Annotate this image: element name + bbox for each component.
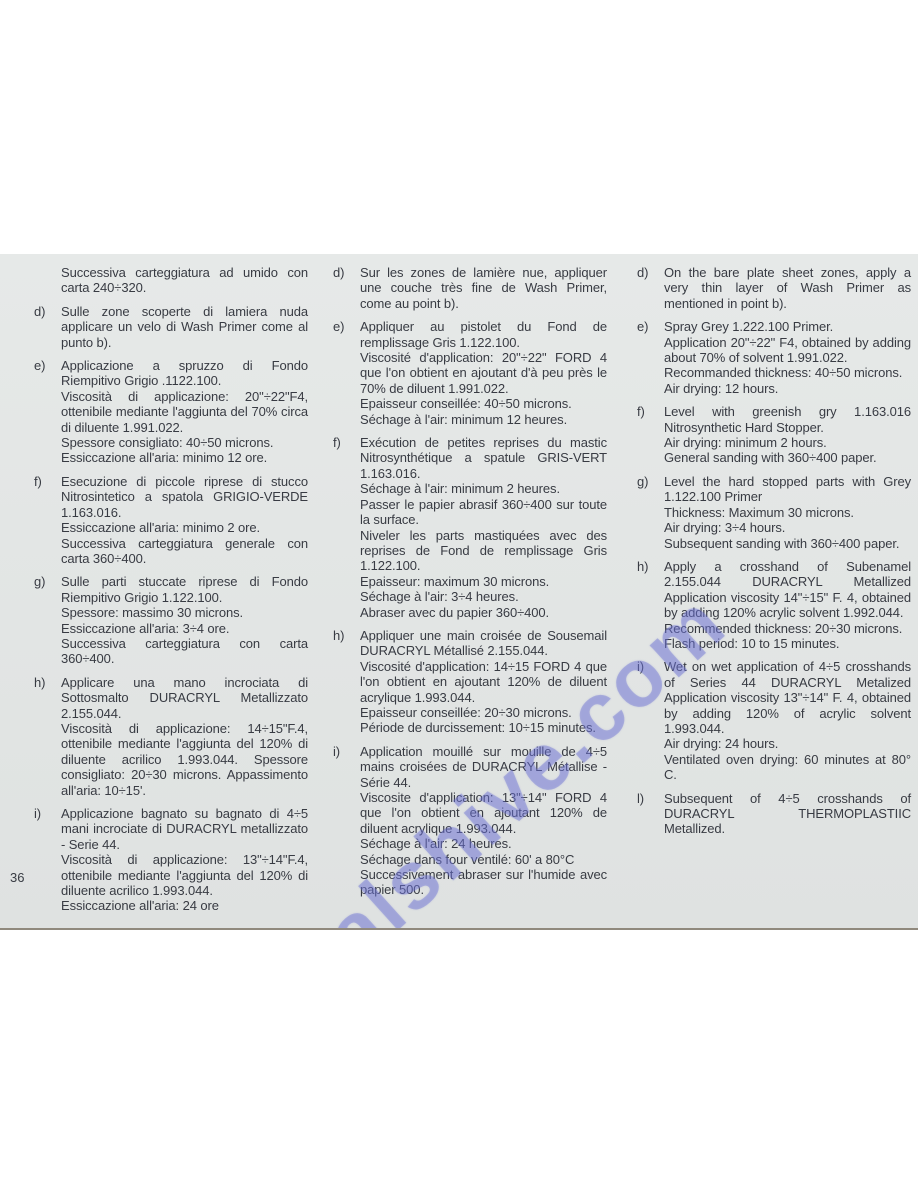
item-label: d)	[637, 265, 664, 311]
item-paragraph: Air drying: 3÷4 hours.	[664, 520, 911, 535]
item-label	[34, 265, 61, 296]
item-paragraph: Air drying: minimum 2 hours.	[664, 435, 911, 450]
item-paragraph: Air drying: 24 hours.	[664, 736, 911, 751]
item-paragraph: Epaisseur conseillée: 40÷50 microns.	[360, 396, 607, 411]
item-paragraph: Passer le papier abrasif 360÷400 sur tou…	[360, 497, 607, 528]
item-body: Applicare una mano incrociata di Sottosm…	[61, 675, 308, 798]
item-paragraph: Level with greenish gry 1.163.016 Nitros…	[664, 404, 911, 435]
item-paragraph: Exécution de petites reprises du mastic …	[360, 435, 607, 481]
item-paragraph: Séchage à l'air: 3÷4 heures.	[360, 589, 607, 604]
item-paragraph: Air drying: 12 hours.	[664, 381, 911, 396]
item-paragraph: Level the hard stopped parts with Grey 1…	[664, 474, 911, 505]
item-paragraph: Spessore: massimo 30 microns.	[61, 605, 308, 620]
item-paragraph: Essiccazione all'aria: 3÷4 ore.	[61, 621, 308, 636]
column-item: h)Appliquer une main croisée de Sousemai…	[333, 628, 607, 736]
item-paragraph: Spray Grey 1.222.100 Primer.	[664, 319, 911, 334]
item-body: Appliquer au pistolet du Fond de remplis…	[360, 319, 607, 427]
column-item: e)Spray Grey 1.222.100 Primer.Applicatio…	[637, 319, 911, 396]
item-paragraph: Spessore consigliato: 40÷50 microns.	[61, 435, 308, 450]
item-paragraph: Applicare una mano incrociata di Sottosm…	[61, 675, 308, 721]
item-paragraph: Viscosite d'application: 13"÷14" FORD 4 …	[360, 790, 607, 836]
item-label: f)	[333, 435, 360, 620]
item-paragraph: Epaisseur: maximum 30 microns.	[360, 574, 607, 589]
item-paragraph: Niveler les parts mastiquées avec des re…	[360, 528, 607, 574]
item-paragraph: Application mouillé sur mouille de 4÷5 m…	[360, 744, 607, 790]
item-paragraph: Essiccazione all'aria: 24 ore	[61, 898, 308, 913]
item-label: d)	[34, 304, 61, 350]
item-label: h)	[34, 675, 61, 798]
item-paragraph: Applicazione bagnato su bagnato di 4÷5 m…	[61, 806, 308, 852]
scanned-manual-screenshot: Successiva carteggiatura ad umido con ca…	[0, 0, 918, 1188]
item-paragraph: Sulle parti stuccate riprese di Fondo Ri…	[61, 574, 308, 605]
item-label: d)	[333, 265, 360, 311]
item-paragraph: Flash period: 10 to 15 minutes.	[664, 636, 911, 651]
item-body: Applicazione bagnato su bagnato di 4÷5 m…	[61, 806, 308, 914]
item-paragraph: Viscosité d'application: 20"÷22" FORD 4 …	[360, 350, 607, 396]
item-paragraph: Sur les zones de lamière nue, appliquer …	[360, 265, 607, 311]
item-paragraph: Successivement abraser sur l'humide avec…	[360, 867, 607, 898]
column-item: e)Applicazione a spruzzo di Fondo Riempi…	[34, 358, 308, 466]
item-body: Apply a crosshand of Subenamel 2.155.044…	[664, 559, 911, 651]
item-label: h)	[637, 559, 664, 651]
item-paragraph: Sulle zone scoperte di lamiera nuda appl…	[61, 304, 308, 350]
item-label: e)	[333, 319, 360, 427]
page-number: 36	[10, 870, 24, 885]
item-paragraph: Essiccazione all'aria: minimo 2 ore.	[61, 520, 308, 535]
column-item: Successiva carteggiatura ad umido con ca…	[34, 265, 308, 296]
manual-page: Successiva carteggiatura ad umido con ca…	[0, 254, 918, 930]
item-body: Sur les zones de lamière nue, appliquer …	[360, 265, 607, 311]
item-paragraph: Appliquer au pistolet du Fond de remplis…	[360, 319, 607, 350]
item-paragraph: Subsequent sanding with 360÷400 paper.	[664, 536, 911, 551]
item-paragraph: Applicazione a spruzzo di Fondo Riempiti…	[61, 358, 308, 389]
item-label: g)	[637, 474, 664, 551]
column-item: i)Application mouillé sur mouille de 4÷5…	[333, 744, 607, 898]
item-paragraph: Essiccazione all'aria: minimo 12 ore.	[61, 450, 308, 465]
item-paragraph: Viscosità di applicazione: 20"÷22"F4, ot…	[61, 389, 308, 435]
item-paragraph: Viscosità di applicazione: 13"÷14"F.4, o…	[61, 852, 308, 898]
item-label: i)	[637, 659, 664, 782]
item-paragraph: Application 20"÷22" F4, obtained by addi…	[664, 335, 911, 366]
item-paragraph: Apply a crosshand of Subenamel 2.155.044…	[664, 559, 911, 621]
item-paragraph: Successiva carteggiatura generale con ca…	[61, 536, 308, 567]
item-label: l)	[637, 791, 664, 837]
item-paragraph: On the bare plate sheet zones, apply a v…	[664, 265, 911, 311]
column-item: d)On the bare plate sheet zones, apply a…	[637, 265, 911, 311]
item-paragraph: Séchage dans four ventilé: 60' a 80°C	[360, 852, 607, 867]
column-french: d)Sur les zones de lamière nue, applique…	[333, 265, 607, 906]
item-label: e)	[637, 319, 664, 396]
item-body: Exécution de petites reprises du mastic …	[360, 435, 607, 620]
item-body: Successiva carteggiatura ad umido con ca…	[61, 265, 308, 296]
item-paragraph: Séchage à l'air: 24 heures.	[360, 836, 607, 851]
item-body: Appliquer une main croisée de Sousemail …	[360, 628, 607, 736]
item-paragraph: Viscosità di applicazione: 14÷15"F.4, ot…	[61, 721, 308, 798]
item-paragraph: Successiva carteggiatura ad umido con ca…	[61, 265, 308, 296]
column-item: d)Sur les zones de lamière nue, applique…	[333, 265, 607, 311]
item-paragraph: Séchage à l'air: minimum 12 heures.	[360, 412, 607, 427]
item-paragraph: Thickness: Maximum 30 microns.	[664, 505, 911, 520]
column-item: f)Exécution de petites reprises du masti…	[333, 435, 607, 620]
item-paragraph: General sanding with 360÷400 paper.	[664, 450, 911, 465]
item-label: f)	[637, 404, 664, 466]
item-paragraph: Séchage à l'air: minimum 2 heures.	[360, 481, 607, 496]
item-body: Application mouillé sur mouille de 4÷5 m…	[360, 744, 607, 898]
item-body: Applicazione a spruzzo di Fondo Riempiti…	[61, 358, 308, 466]
column-italian: Successiva carteggiatura ad umido con ca…	[34, 265, 308, 922]
item-label: i)	[333, 744, 360, 898]
item-paragraph: Successiva carteggiatura con carta 360÷4…	[61, 636, 308, 667]
item-label: g)	[34, 574, 61, 666]
item-paragraph: Période de durcissement: 10÷15 minutes.	[360, 720, 607, 735]
item-body: On the bare plate sheet zones, apply a v…	[664, 265, 911, 311]
item-body: Sulle zone scoperte di lamiera nuda appl…	[61, 304, 308, 350]
column-item: g)Level the hard stopped parts with Grey…	[637, 474, 911, 551]
item-body: Spray Grey 1.222.100 Primer.Application …	[664, 319, 911, 396]
item-paragraph: Epaisseur conseillée: 20÷30 microns.	[360, 705, 607, 720]
column-item: f)Level with greenish gry 1.163.016 Nitr…	[637, 404, 911, 466]
column-item: d)Sulle zone scoperte di lamiera nuda ap…	[34, 304, 308, 350]
item-paragraph: Esecuzione di piccole riprese di stucco …	[61, 474, 308, 520]
item-label: i)	[34, 806, 61, 914]
item-body: Level the hard stopped parts with Grey 1…	[664, 474, 911, 551]
item-label: e)	[34, 358, 61, 466]
column-item: f)Esecuzione di piccole riprese di stucc…	[34, 474, 308, 566]
column-item: i)Applicazione bagnato su bagnato di 4÷5…	[34, 806, 308, 914]
column-item: h)Applicare una mano incrociata di Sotto…	[34, 675, 308, 798]
item-label: h)	[333, 628, 360, 736]
item-paragraph: Recommanded thickness: 40÷50 microns.	[664, 365, 911, 380]
column-item: h)Apply a crosshand of Subenamel 2.155.0…	[637, 559, 911, 651]
item-body: Subsequent of 4÷5 crosshands of DURACRYL…	[664, 791, 911, 837]
item-body: Wet on wet application of 4÷5 crosshands…	[664, 659, 911, 782]
item-body: Level with greenish gry 1.163.016 Nitros…	[664, 404, 911, 466]
item-paragraph: Subsequent of 4÷5 crosshands of DURACRYL…	[664, 791, 911, 837]
item-paragraph: Wet on wet application of 4÷5 crosshands…	[664, 659, 911, 736]
column-item: e)Appliquer au pistolet du Fond de rempl…	[333, 319, 607, 427]
column-item: g)Sulle parti stuccate riprese di Fondo …	[34, 574, 308, 666]
item-body: Esecuzione di piccole riprese di stucco …	[61, 474, 308, 566]
item-paragraph: Ventilated oven drying: 60 minutes at 80…	[664, 752, 911, 783]
column-item: l)Subsequent of 4÷5 crosshands of DURACR…	[637, 791, 911, 837]
item-paragraph: Viscosité d'application: 14÷15 FORD 4 qu…	[360, 659, 607, 705]
item-paragraph: Recommended thickness: 20÷30 microns.	[664, 621, 911, 636]
item-label: f)	[34, 474, 61, 566]
column-english: d)On the bare plate sheet zones, apply a…	[637, 265, 911, 845]
column-item: i)Wet on wet application of 4÷5 crosshan…	[637, 659, 911, 782]
item-paragraph: Appliquer une main croisée de Sousemail …	[360, 628, 607, 659]
item-body: Sulle parti stuccate riprese di Fondo Ri…	[61, 574, 308, 666]
item-paragraph: Abraser avec du papier 360÷400.	[360, 605, 607, 620]
